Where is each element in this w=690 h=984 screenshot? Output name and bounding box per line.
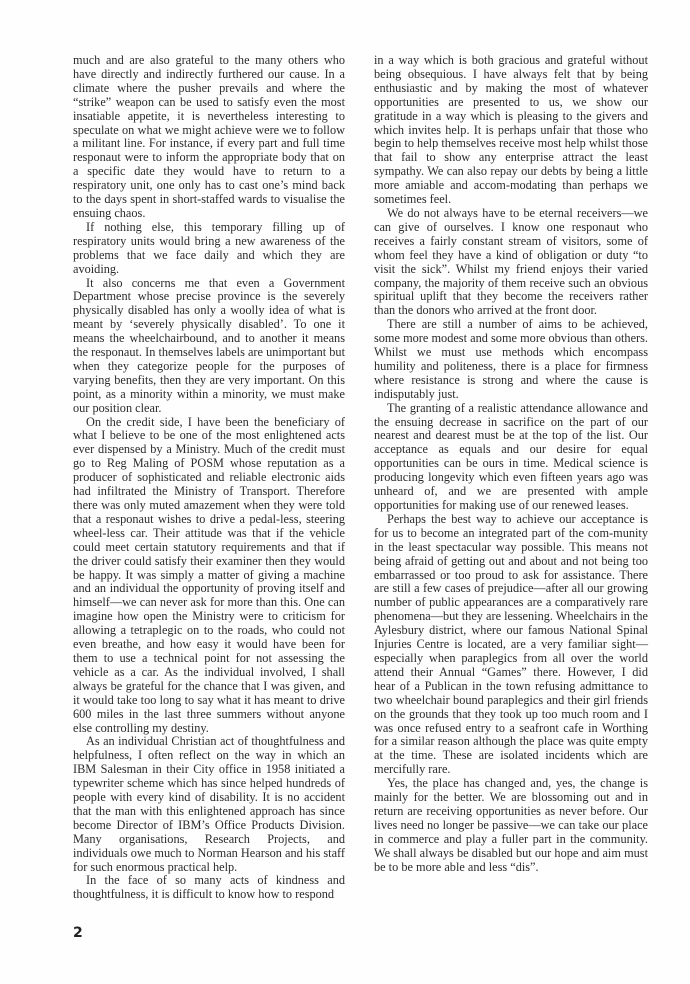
paragraph: The granting of a realistic attendance a… (374, 402, 648, 513)
paragraph: We do not always have to be eternal rece… (374, 207, 648, 318)
paragraph: As an individual Christian act of though… (73, 735, 345, 874)
paragraph: It also concerns me that even a Governme… (73, 277, 345, 416)
document-page: much and are also grateful to the many o… (0, 0, 690, 984)
paragraph: On the credit side, I have been the bene… (73, 416, 345, 736)
paragraph: Perhaps the best way to achieve our acce… (374, 513, 648, 777)
paragraph: If nothing else, this temporary filling … (73, 221, 345, 277)
paragraph: much and are also grateful to the many o… (73, 54, 345, 221)
paragraph: There are still a number of aims to be a… (374, 318, 648, 401)
paragraph: in a way which is both gracious and grat… (374, 54, 648, 207)
right-column: in a way which is both gracious and grat… (374, 54, 648, 874)
paragraph: In the face of so many acts of kindness … (73, 874, 345, 902)
paragraph: Yes, the place has changed and, yes, the… (374, 777, 648, 874)
page-number: 2 (73, 925, 83, 941)
left-column: much and are also grateful to the many o… (73, 54, 345, 902)
